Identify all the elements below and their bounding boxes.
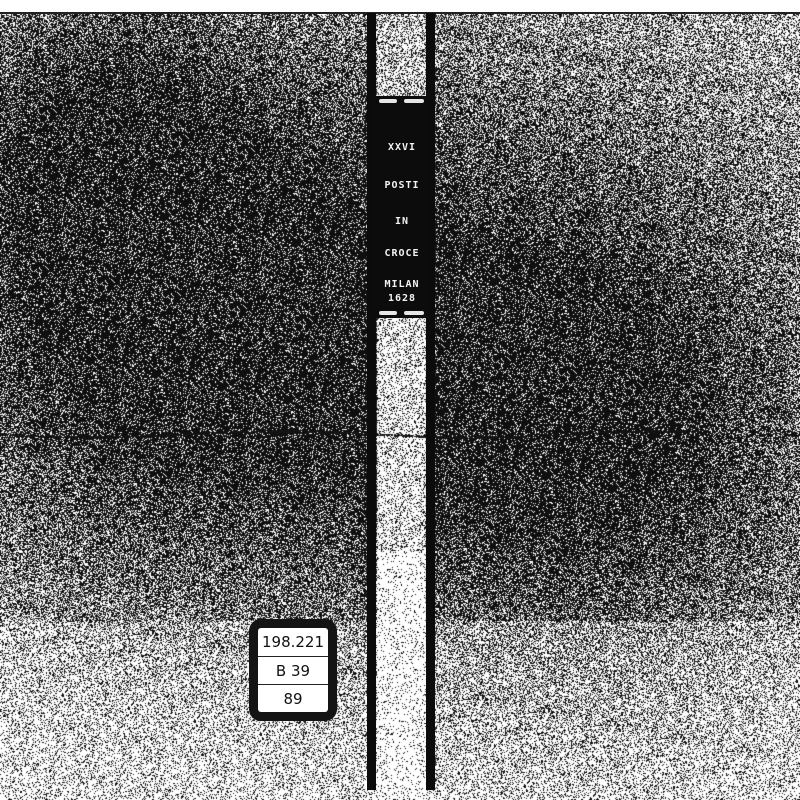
spine-gilt-band: [404, 311, 424, 315]
spine-place: MILAN: [374, 279, 430, 290]
spine-title-line: IN: [374, 216, 430, 227]
spine-volume-number: XXVI: [374, 142, 430, 153]
spine-gilt-band: [379, 99, 397, 103]
spine-title-label: XXVI POSTI IN CROCE MILAN 1628: [374, 96, 430, 318]
spine-title-line: POSTI: [374, 180, 430, 191]
spine-year: 1628: [374, 293, 430, 304]
shelfmark-classification: 198.221: [258, 628, 328, 656]
shelfmark-copy: 89: [258, 684, 328, 713]
spine-gilt-band: [379, 311, 397, 315]
spine-gilt-band: [404, 99, 424, 103]
shelfmark-cutter: B 39: [258, 656, 328, 685]
library-shelfmark-sticker: 198.221 B 39 89: [249, 619, 337, 721]
spine-title-line: CROCE: [374, 248, 430, 259]
